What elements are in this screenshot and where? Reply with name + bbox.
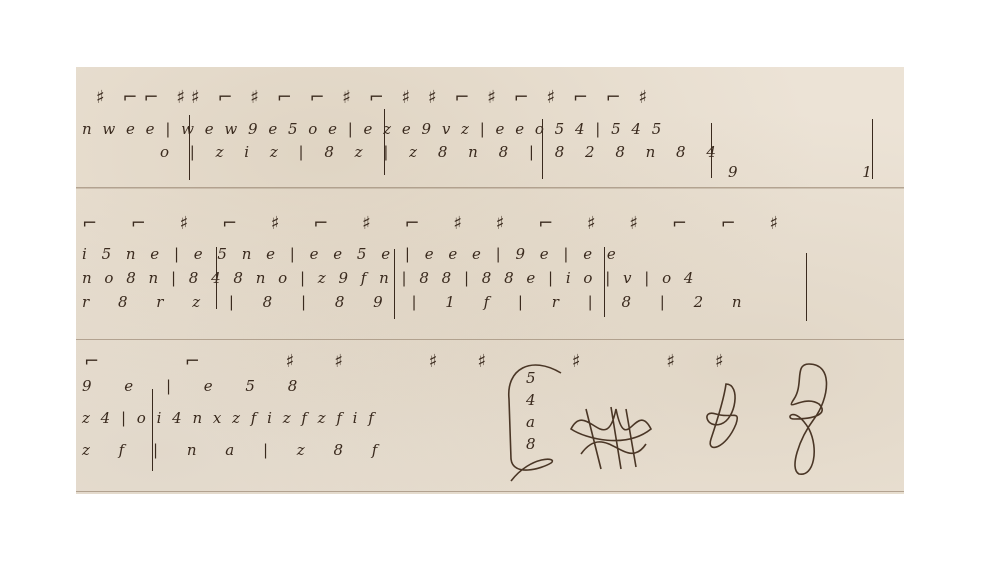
ruling-line xyxy=(76,339,904,340)
ruling-line xyxy=(76,188,904,189)
tablature-system-1: ♯ ⌐⌐ ♯♯ ⌐ ♯ ⌐ ⌐ ♯ ⌐ ♯ ♯ ⌐ ♯ ⌐ ♯ ⌐ ⌐ ♯ n … xyxy=(76,67,904,187)
tab-course-row: n o 8 n | 8 4 8 n o | z 9 f n | 8 8 | 8 … xyxy=(82,271,697,286)
barline xyxy=(189,115,190,180)
barline xyxy=(542,119,543,179)
tab-course-row: 9 e | e 5 8 xyxy=(82,379,311,394)
barline xyxy=(711,123,712,178)
tab-course-row: o | z i z | 8 z | z 8 n 8 | 8 2 8 n 8 4 xyxy=(160,145,724,160)
barline xyxy=(152,389,153,471)
barline xyxy=(394,249,395,319)
tab-course-row: i 5 n e | e 5 n e | e e 5 e | e e e | 9 … xyxy=(82,247,621,262)
rhythm-flags: ⌐ ⌐ ♯♯ ♯♯ ♯ ♯♯ xyxy=(84,353,764,371)
tab-course-row: r 8 r z | 8 | 8 9 | 1 f | r | 8 | 2 n xyxy=(82,295,754,310)
tab-course-row: n w e e | w e w 9 e 5 o e | e z e 9 v z … xyxy=(82,122,664,137)
knot-flourish-icon xyxy=(774,359,834,479)
ruling-line xyxy=(76,491,904,492)
knot-flourish-icon xyxy=(696,379,746,459)
tablature-system-3: ⌐ ⌐ ♯♯ ♯♯ ♯ ♯♯ 9 e | e 5 8 z 4 | o i 4 n… xyxy=(76,349,904,489)
tab-course-row: z f | n a | z 8 f xyxy=(82,443,389,458)
barline xyxy=(806,253,807,321)
knot-flourish-icon xyxy=(566,399,656,479)
barline xyxy=(872,119,873,179)
rhythm-flags: ♯ ⌐⌐ ♯♯ ⌐ ♯ ⌐ ⌐ ♯ ⌐ ♯ ♯ ⌐ ♯ ⌐ ♯ ⌐ ⌐ ♯ xyxy=(96,89,653,107)
barline xyxy=(216,247,217,309)
tablature-system-2: ⌐ ⌐ ♯ ⌐ ♯ ⌐ ♯ ⌐ ♯ ♯ ⌐ ♯ ♯ ⌐ ⌐ ♯ i 5 n e … xyxy=(76,207,904,337)
rhythm-flags: ⌐ ⌐ ♯ ⌐ ♯ ⌐ ♯ ⌐ ♯ ♯ ⌐ ♯ ♯ ⌐ ⌐ ♯ xyxy=(82,215,792,233)
barline xyxy=(384,109,385,175)
tab-course-row: z 4 | o i 4 n x z f i z f z f i f xyxy=(82,411,377,426)
barline xyxy=(604,247,605,317)
tab-course-row: 9 1 xyxy=(728,165,904,180)
manuscript-page: Handwritten lute tablature manuscript fr… xyxy=(76,67,904,494)
